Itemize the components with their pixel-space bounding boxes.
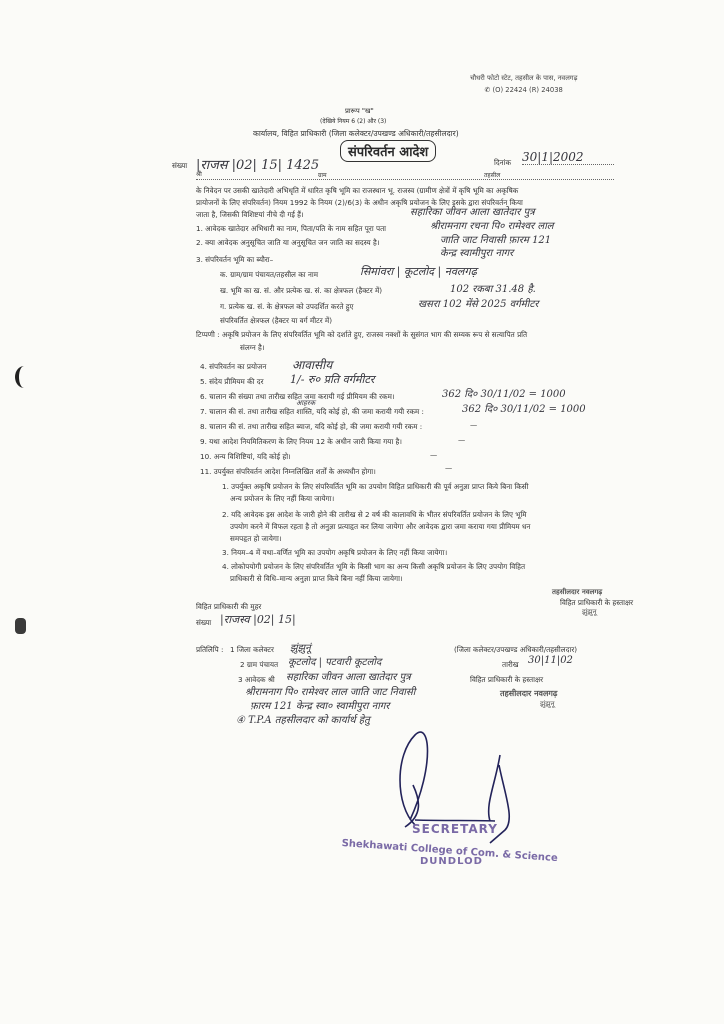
condition-3: 3. नियम–4 में यथा–वर्णित भूमि का उपयोग अ…	[222, 548, 447, 558]
land-detail-label: क. ग्राम/ग्राम पंचायत/तहसील का नाम	[220, 270, 318, 280]
item-6-value: 362 दि० 30/11/02 = 1000	[442, 386, 566, 400]
item-11: 11. उपर्युक्त संपरिवर्तन आदेश निम्नलिखित…	[200, 467, 376, 477]
land-detail-value: खसरा 102 मेंसे 2025 वर्गमीटर	[418, 296, 539, 310]
copy-3-hand-cont: फ़ारम 121 केन्द्र स्वा० स्वामीपुरा नागर	[250, 698, 390, 712]
copy-4-hand: ④ T.P.A तहसीलदार को कार्यार्थ हेतु	[236, 712, 370, 726]
copy-1-hand: झुंझुनूं	[290, 640, 311, 654]
number-label: संख्या	[172, 161, 187, 171]
condition-4: प्राधिकारी से विधि–मान्य अनुज्ञा प्राप्त…	[230, 574, 403, 584]
scan-smudge	[15, 618, 26, 634]
copy-date: 30|11|02	[528, 655, 573, 666]
copy-2-prefix: 2 ग्राम पंचायत	[240, 660, 278, 670]
item-7-value: 362 दि० 30/11/02 = 1000	[462, 401, 586, 415]
copy-1-suffix: (जिला कलेक्टर/उपखण्ड अधिकारी/तहसीलदार)	[454, 645, 577, 655]
condition-1: 1. उपर्युक्त अकृषि प्रयोजन के लिए संपरिव…	[222, 482, 529, 492]
land-detail-label: ख. भूमि का ख. सं. और प्रत्येक ख. सं. का …	[220, 286, 382, 296]
tehsil-label: तहसील	[484, 171, 500, 179]
stamp-secretary: SECRETARY	[412, 822, 498, 836]
item-9-value: —	[458, 435, 465, 444]
item-9: 9. यथा आदेश नियमितिकरण के लिए नियम 12 के…	[200, 437, 402, 447]
condition-2: उपयोग करने में विफल रहता है तो अनुज्ञा प…	[230, 522, 530, 532]
copy-3-hand: सहारिका जीवन आला खातेदार पुत्र	[286, 669, 411, 683]
note-line: संलग्न है।	[240, 343, 265, 353]
item-10: 10. अन्य विशिष्टियां, यदि कोई हो।	[200, 452, 291, 462]
item-1: 1. आवेदक खातेदार अभिधारी का नाम, पिता/पत…	[196, 224, 386, 234]
item-8-value: —	[470, 420, 477, 429]
number2-value: |राजस्व |02| 15|	[220, 612, 296, 627]
number2-label: संख्या	[196, 618, 211, 628]
intro-line: जाता है, जिसकी विशिष्टयां नीचे दी गई हैं…	[196, 210, 304, 220]
item-8: 8. चालान की सं. तथा तारीख सहित ब्याज, यद…	[200, 422, 422, 432]
photocopy-shop-stamp: चौधरी फोटो स्टेट, तहसील के पास, नवलगढ़ ✆…	[470, 72, 577, 96]
order-number: |राजस |02| 15| 1425	[196, 155, 319, 173]
item-5-value: 1/- रु० प्रति वर्गमीटर	[290, 372, 374, 387]
shop-phone: ✆ (O) 22424 (R) 24038	[470, 84, 577, 96]
signatory-sub: झुंझुनू	[582, 608, 596, 617]
rule-reference: (देखिये नियम 6 (2) और (3)	[320, 117, 386, 125]
item-5: 5. संदेय प्रीमियम की दर	[200, 377, 264, 387]
land-detail-value: सिमांवरा | कूटलोद | नवलगढ़	[360, 264, 477, 279]
copy-1-prefix: 1 जिला कलेक्टर	[230, 645, 274, 655]
land-detail-value: 102 रकबा 31.48 है.	[450, 281, 536, 295]
shri-label: श्री	[196, 170, 202, 178]
item-4-value: आवासीय	[292, 356, 332, 373]
condition-4: 4. लोकोपयोगी प्रयोजन के लिए संपरिवर्तित …	[222, 562, 525, 572]
item-11-value: —	[445, 463, 452, 472]
intro-line: के निवेदन पर उसकी खातेदारी अभिधृति में ध…	[196, 186, 518, 196]
seal-label: विहित प्राधिकारी की मुहर	[196, 602, 261, 612]
village-label: ग्राम	[318, 171, 327, 179]
item-3: 3. संपरिवर्तन भूमि का ब्यौरा–	[196, 255, 273, 265]
item-10-value: —	[430, 450, 437, 459]
item-2: 2. क्या आवेदक अनुसूचित जाति या अनुसूचित …	[196, 238, 380, 248]
document-title: संपरिवर्तन आदेश	[340, 140, 436, 162]
format-label: प्रारूप "ख"	[345, 106, 374, 115]
copy-label: प्रतिलिपि :	[196, 645, 223, 655]
applicant-handwritten: जाति जाट निवासी फ़ारम 121	[440, 232, 551, 246]
copy-2-hand: कूटलोद | पटवारी कूटलोद	[288, 654, 381, 668]
applicant-handwritten: केन्द्र स्वामीपुरा नागर	[440, 245, 513, 259]
stamp-place: DUNDLOD	[420, 856, 483, 867]
note-line: टिप्पणी : अकृषि प्रयोजन के लिए संपरिवर्त…	[196, 330, 527, 340]
order-date: 30|1|2002	[522, 150, 614, 165]
signatory-label: विहित प्राधिकारी के हस्ताक्षर	[560, 598, 633, 608]
land-detail-label: संपरिवर्तित क्षेत्रफल (हैक्टर या वर्ग मी…	[220, 316, 332, 326]
tehsildar-stamp: तहसीलदार नवलगढ़	[500, 688, 557, 699]
applicant-handwritten: सहारिका जीवन आला खातेदार पुत्र	[410, 204, 535, 218]
condition-1: अन्य प्रयोजन के लिए नहीं किया जायेगा।	[230, 494, 334, 504]
copy-date-label: तारीख	[502, 660, 519, 670]
condition-2: 2. यदि आवेदक इस आदेश के जारी होने की तार…	[222, 510, 527, 520]
copy-3-suffix: विहित प्राधिकारी के हस्ताक्षर	[470, 675, 543, 685]
signatory-stamp: तहसीलदार नवलगढ़	[552, 588, 602, 597]
office-heading: कार्यालय, विहित प्राधिकारी (जिला कलेक्टर…	[253, 129, 459, 139]
applicant-handwritten: श्रीरामनाग रचना पि० रामेश्वर लाल	[430, 218, 554, 232]
date-label: दिनांक	[494, 158, 511, 168]
tehsildar-sub: झुंझुनू	[540, 700, 554, 709]
item-4: 4. संपरिवर्तन का प्रयोजन	[200, 362, 266, 372]
item-7: 7. चालान की सं. तथा तारीख सहित शास्ति, य…	[200, 407, 424, 417]
condition-2: समपहृत हो जायेगा।	[230, 534, 282, 544]
shop-name: चौधरी फोटो स्टेट, तहसील के पास, नवलगढ़	[470, 72, 577, 84]
punch-hole-mark	[15, 366, 33, 388]
copy-3-hand-cont: श्रीरामनाग पि० रामेश्वर लाल जाति जाट निव…	[245, 684, 415, 698]
land-detail-label: ग. प्रत्येक ख. सं. के क्षेत्रफल को उपदर्…	[220, 302, 354, 312]
